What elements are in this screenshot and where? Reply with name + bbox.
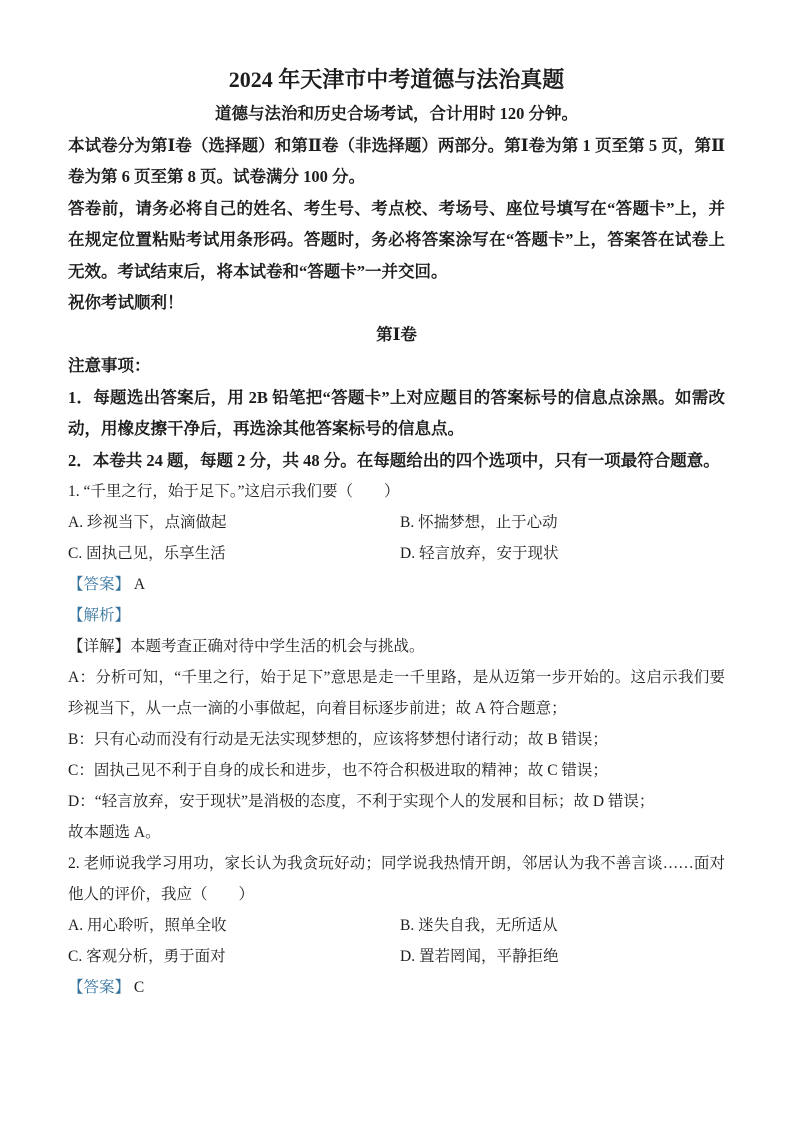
intro-paragraph-2: 答卷前，请务必将自己的姓名、考生号、考点校、考场号、座位号填写在“答题卡”上，并… — [68, 193, 725, 288]
section-title: 第Ⅰ卷 — [68, 319, 725, 351]
question-1-option-c: C. 固执己见，乐享生活 — [68, 538, 400, 569]
question-2-option-c: C. 客观分析，勇于面对 — [68, 941, 400, 972]
exam-subtitle: 道德与法治和历史合场考试，合计用时 120 分钟。 — [68, 98, 725, 130]
exam-document-page: 2024 年天津市中考道德与法治真题 道德与法治和历史合场考试，合计用时 120… — [0, 0, 793, 1122]
question-1-option-a: A. 珍视当下，点滴做起 — [68, 507, 400, 538]
question-1-options-row-2: C. 固执己见，乐享生活 D. 轻言放弃，安于现状 — [68, 538, 725, 569]
question-1-conclusion: 故本题选 A。 — [68, 817, 725, 848]
question-2: 2. 老师说我学习用功，家长认为我贪玩好动；同学说我热情开朗，邻居认为我不善言谈… — [68, 848, 725, 1003]
page-title: 2024 年天津市中考道德与法治真题 — [68, 62, 725, 98]
answer-label: 【答案】 — [68, 979, 130, 996]
question-2-options-row-1: A. 用心聆听，照单全收 B. 迷失自我，无所适从 — [68, 910, 725, 941]
question-1-option-d: D. 轻言放弃，安于现状 — [400, 538, 725, 569]
question-2-answer-line: 【答案】 C — [68, 972, 725, 1003]
question-2-option-d: D. 置若罔闻，平静拒绝 — [400, 941, 725, 972]
question-1-analysis-b: B：只有心动而没有行动是无法实现梦想的，应该将梦想付诸行动；故 B 错误； — [68, 724, 725, 755]
question-1-detail-line: 【详解】本题考查正确对待中学生活的机会与挑战。 — [68, 631, 725, 662]
answer-label: 【答案】 — [68, 576, 130, 593]
question-2-option-b: B. 迷失自我，无所适从 — [400, 910, 725, 941]
question-1-analysis-c: C：固执己见不利于自身的成长和进步，也不符合积极进取的精神；故 C 错误； — [68, 755, 725, 786]
question-1: 1. “千里之行，始于足下。”这启示我们要（ ） A. 珍视当下，点滴做起 B.… — [68, 476, 725, 848]
answer-value: A — [134, 576, 145, 593]
question-2-option-a: A. 用心聆听，照单全收 — [68, 910, 400, 941]
note-2: 2．本卷共 24 题，每题 2 分，共 48 分。在每题给出的四个选项中，只有一… — [68, 445, 725, 477]
question-1-options-row-1: A. 珍视当下，点滴做起 B. 怀揣梦想，止于心动 — [68, 507, 725, 538]
answer-value: C — [134, 979, 144, 996]
note-1: 1．每题选出答案后，用 2B 铅笔把“答题卡”上对应题目的答案标号的信息点涂黑。… — [68, 382, 725, 445]
intro-paragraph-1: 本试卷分为第Ⅰ卷（选择题）和第Ⅱ卷（非选择题）两部分。第Ⅰ卷为第 1 页至第 5… — [68, 130, 725, 193]
question-2-options-row-2: C. 客观分析，勇于面对 D. 置若罔闻，平静拒绝 — [68, 941, 725, 972]
question-1-analysis-a: A：分析可知，“千里之行，始于足下”意思是走一千里路，是从迈第一步开始的。这启示… — [68, 662, 725, 724]
question-1-option-b: B. 怀揣梦想，止于心动 — [400, 507, 725, 538]
wish-line: 祝你考试顺利！ — [68, 287, 725, 319]
question-1-stem: 1. “千里之行，始于足下。”这启示我们要（ ） — [68, 476, 725, 507]
question-1-analysis-label: 【解析】 — [68, 600, 725, 631]
question-1-analysis-d: D：“轻言放弃，安于现状”是消极的态度，不利于实现个人的发展和目标；故 D 错误… — [68, 786, 725, 817]
question-1-answer-line: 【答案】 A — [68, 569, 725, 600]
notes-heading: 注意事项： — [68, 350, 725, 382]
question-2-stem: 2. 老师说我学习用功，家长认为我贪玩好动；同学说我热情开朗，邻居认为我不善言谈… — [68, 848, 725, 910]
